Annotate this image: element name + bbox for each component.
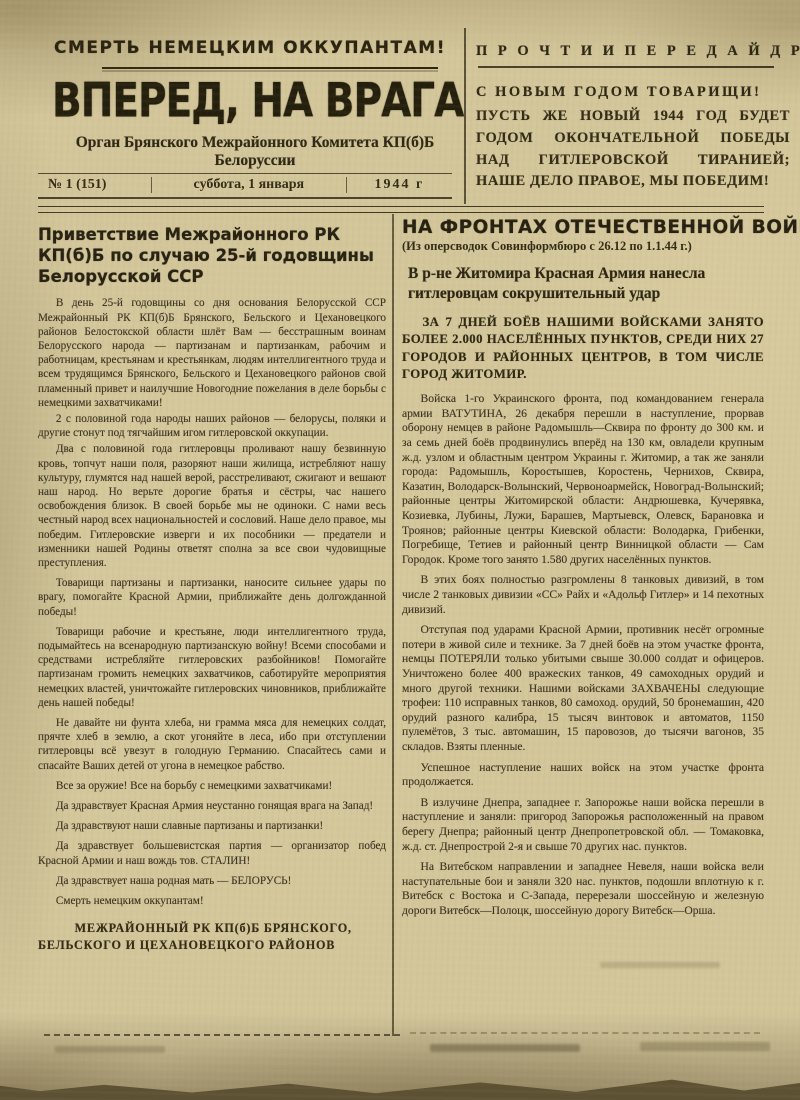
right-article-subhead: В р-не Житомира Красная Армия нанесла ги… xyxy=(402,264,764,304)
newspaper-page: СМЕРТЬ НЕМЕЦКИМ ОККУПАНТАМ! ВПЕРЕД, НА В… xyxy=(0,0,800,1100)
left-article-title: Приветствие Межрайонного РК КП(б)Б по сл… xyxy=(38,224,386,287)
left-article: Приветствие Межрайонного РК КП(б)Б по сл… xyxy=(38,224,386,954)
article-paragraph: Успешное наступление наших войск на этом… xyxy=(402,761,764,790)
article-paragraph: Да здравствует большевистская партия — о… xyxy=(38,839,386,867)
new-year-greeting-title: С НОВЫМ ГОДОМ ТОВАРИЩИ! xyxy=(476,84,788,101)
masthead-title: ВПЕРЕД, НА ВРАГА xyxy=(52,74,458,129)
ink-smudge xyxy=(640,1042,770,1051)
ink-smudge xyxy=(430,1044,580,1052)
article-paragraph: Не давайте ни фунта хлеба, ни грамма мяс… xyxy=(38,716,386,773)
right-article-source: (Из оперсводок Совинформбюро с 26.12 по … xyxy=(402,239,764,254)
article-paragraph: В этих боях полностью разгромлены 8 танк… xyxy=(402,573,764,617)
right-article: НА ФРОНТАХ ОТЕЧЕСТВЕННОЙ ВОЙНЫ (Из оперс… xyxy=(402,218,764,920)
slogan-death-to-occupiers: СМЕРТЬ НЕМЕЦКИМ ОККУПАНТАМ! xyxy=(50,38,450,58)
organ-subtitle: Орган Брянского Межрайонного Комитета КП… xyxy=(52,134,458,171)
right-article-title: НА ФРОНТАХ ОТЕЧЕСТВЕННОЙ ВОЙНЫ xyxy=(402,218,764,238)
slogan-right-underline-rule xyxy=(478,66,774,68)
issue-info-row: № 1 (151) суббота, 1 января 1944 г xyxy=(38,173,452,199)
header-vertical-divider xyxy=(464,28,466,204)
article-paragraph: Отступая под ударами Красной Армии, прот… xyxy=(402,623,764,754)
article-paragraph: 2 с половиной года народы наших районов … xyxy=(38,412,386,440)
issue-year: 1944 г xyxy=(346,177,452,193)
torn-paper-edge xyxy=(0,1066,800,1100)
article-paragraph: Смерть немецким оккупантам! xyxy=(38,894,386,908)
slogan-read-and-pass-on: П Р О Ч Т И И П Е Р Е Д А Й Д Р У Г О М … xyxy=(476,43,782,60)
slogan-underline-rule xyxy=(102,67,438,69)
article-paragraph: Да здравствует наша родная мать — БЕЛОРУ… xyxy=(38,874,386,888)
article-paragraph: В день 25-й годовщины со дня основания Б… xyxy=(38,296,386,410)
article-paragraph: Два с половиной года гитлеровцы проливаю… xyxy=(38,442,386,570)
column-divider xyxy=(392,214,394,1036)
issue-number: № 1 (151) xyxy=(38,177,151,193)
article-paragraph: В излучине Днепра, западнее г. Запорожье… xyxy=(402,796,764,854)
new-year-greeting-body: ПУСТЬ ЖЕ НОВЫЙ 1944 ГОД БУДЕТ ГОДОМ ОКОН… xyxy=(476,106,790,193)
ink-smudge xyxy=(600,962,720,968)
article-paragraph: На Витебском направлении и западнее Неве… xyxy=(402,860,764,918)
footer-dashed-rule-faint xyxy=(410,1032,760,1034)
article-paragraph: Товарищи партизаны и партизанки, наносит… xyxy=(38,576,386,619)
right-article-lead: ЗА 7 ДНЕЙ БОЁВ НАШИМИ ВОЙСКАМИ ЗАНЯТО БО… xyxy=(402,314,764,383)
article-paragraph: Войска 1-го Украинского фронта, под кома… xyxy=(402,392,764,567)
article-paragraph: Да здравствует Красная Армия неустанно г… xyxy=(38,799,386,813)
header-double-rule xyxy=(38,206,764,213)
article-paragraph: Все за оружие! Все на борьбу с немецкими… xyxy=(38,779,386,793)
article-paragraph: Да здравствуют наши славные партизаны и … xyxy=(38,819,386,833)
article-signature: МЕЖРАЙОННЫЙ РК КП(б)Б БРЯНСКОГО, БЕЛЬСКО… xyxy=(38,920,386,954)
footer-dashed-rule xyxy=(44,1034,400,1036)
issue-date: суббота, 1 января xyxy=(151,177,346,193)
article-paragraph: Товарищи рабочие и крестьяне, люди интел… xyxy=(38,625,386,710)
ink-smudge xyxy=(55,1046,165,1053)
